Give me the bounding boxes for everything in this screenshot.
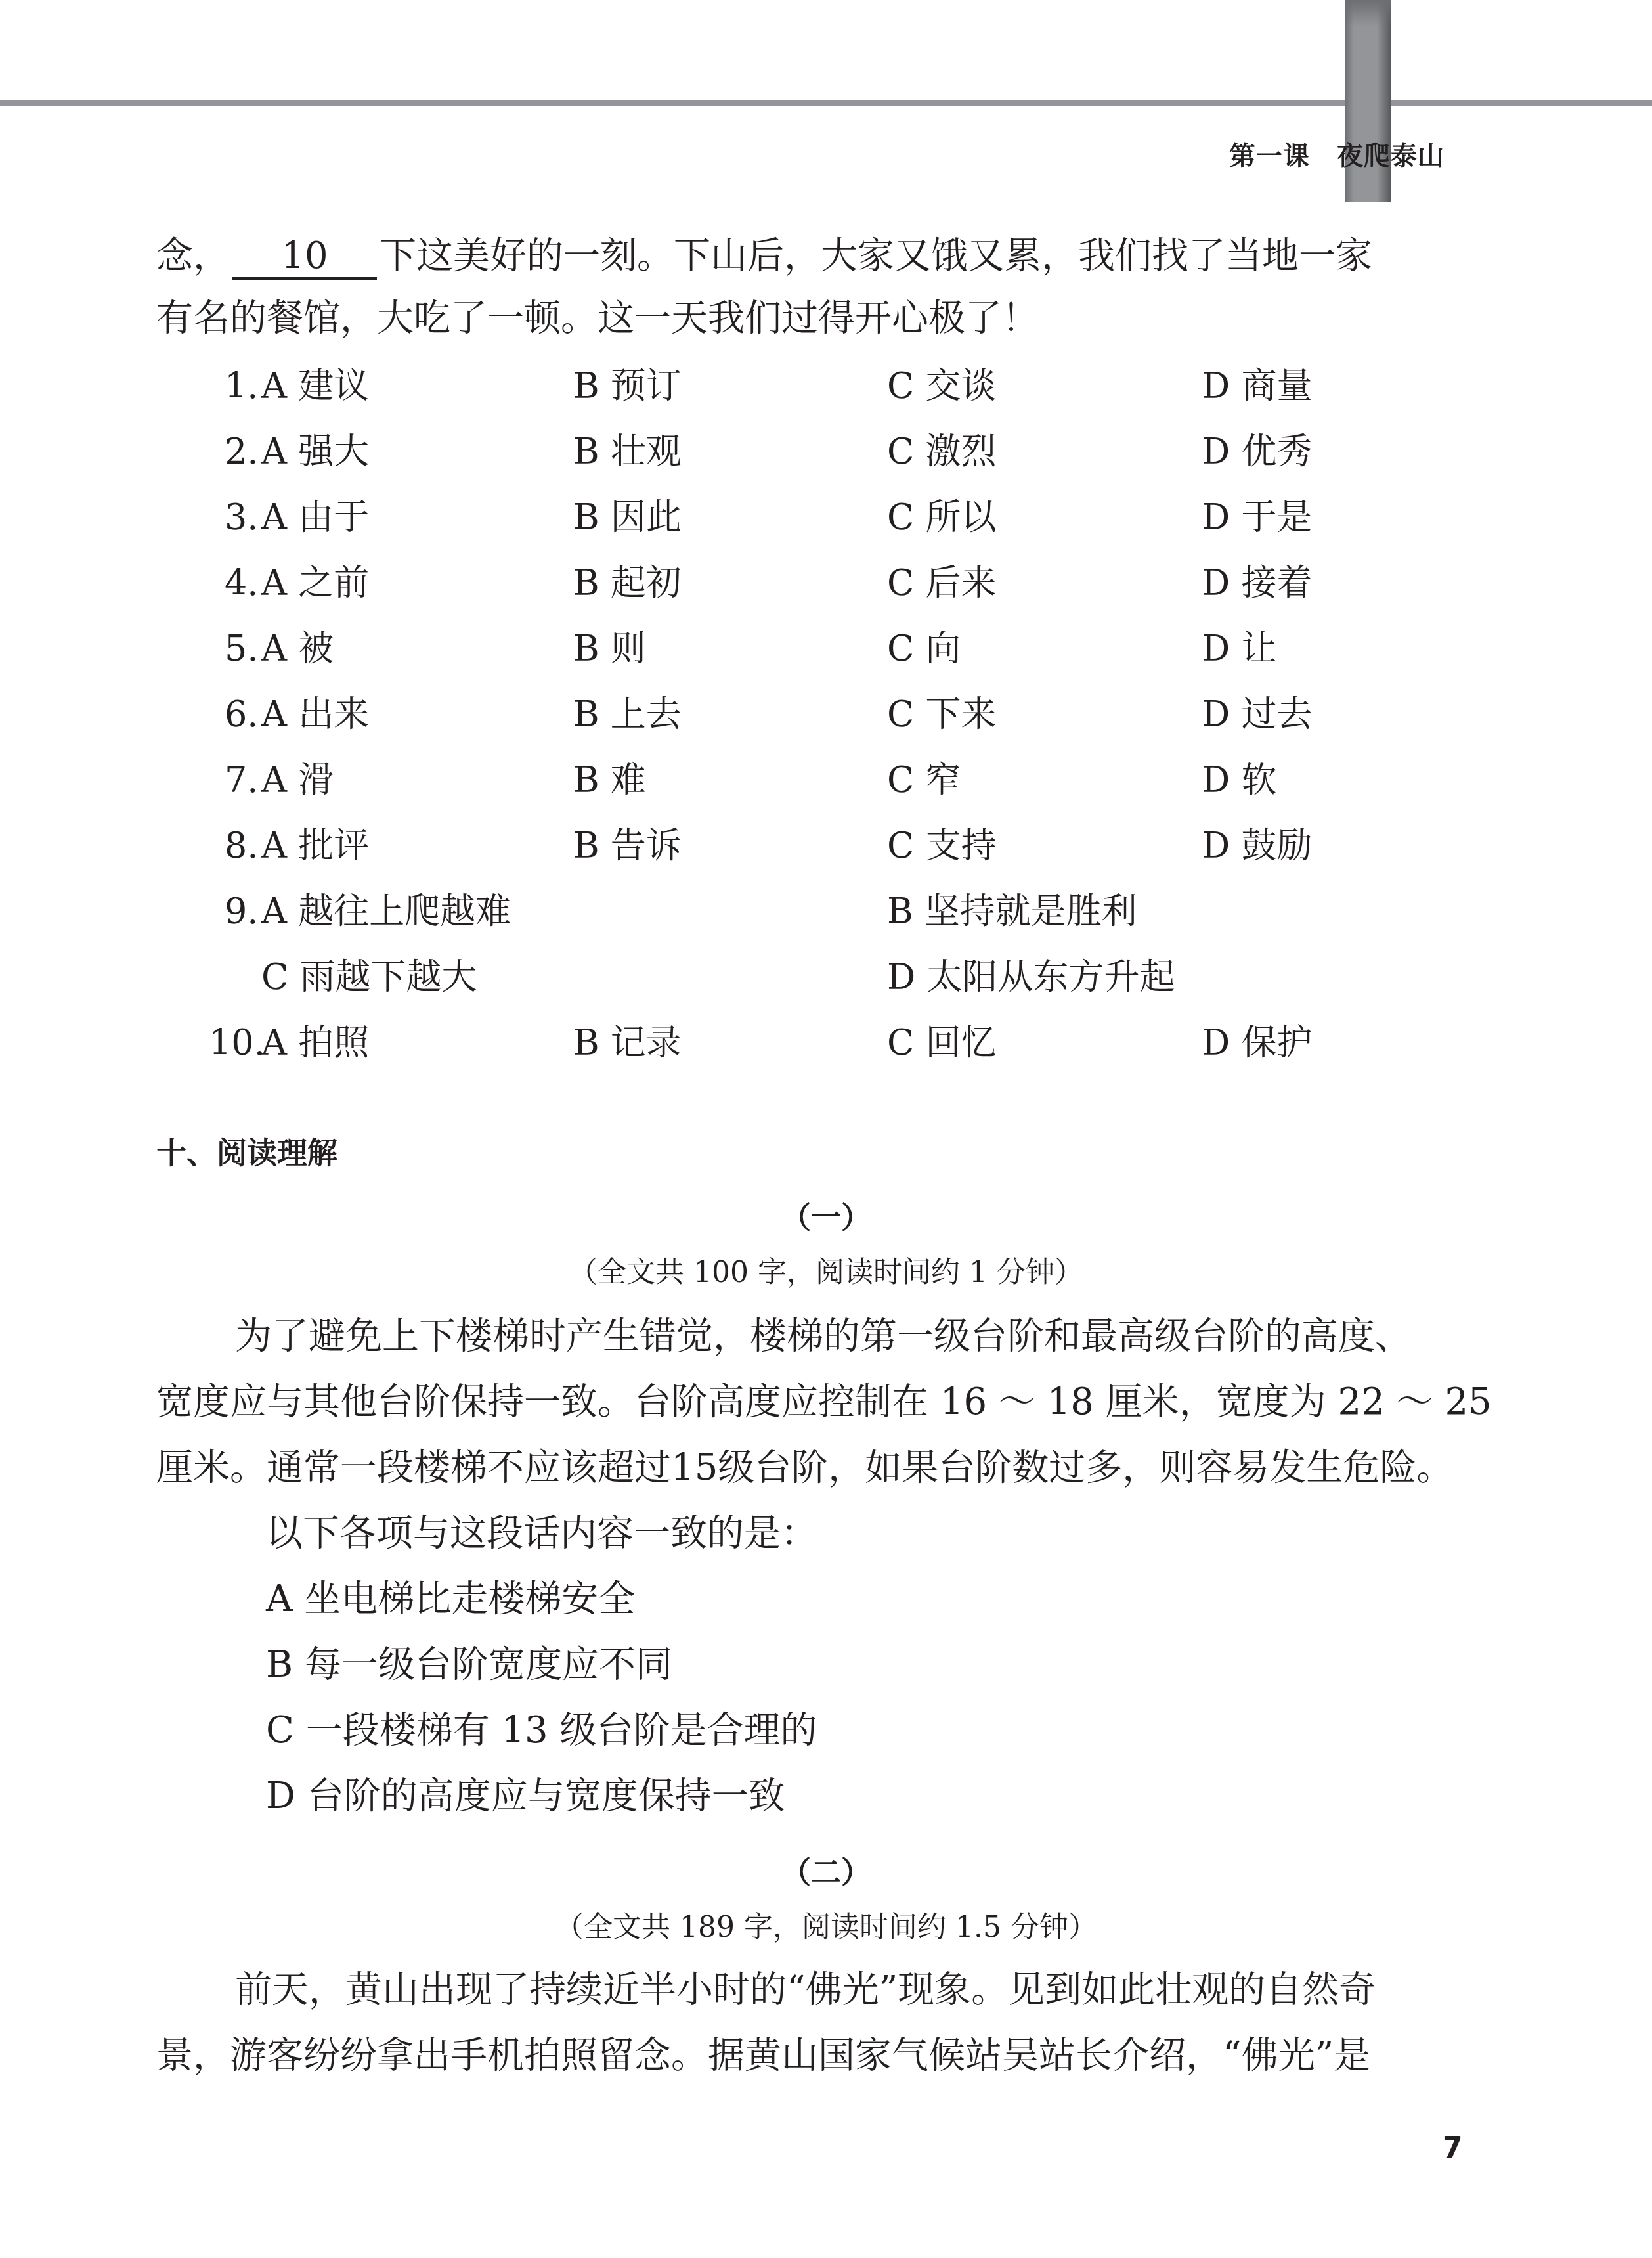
option-d: D 让 — [1202, 626, 1276, 672]
option-d: D 保护 — [1202, 1020, 1312, 1066]
option-c: C 所以 — [887, 495, 996, 541]
option-b: B 上去 — [573, 692, 682, 738]
question-number: 10. — [209, 1020, 265, 1066]
blank-10: 10 — [232, 236, 377, 280]
option-c: C 向 — [887, 626, 961, 672]
passage-text: 下这美好的一刻。下山后，大家又饿又累，我们找了当地一家 — [380, 234, 1372, 277]
option-c: C 雨越下越大 — [261, 954, 477, 1000]
option-d: D 太阳从东方升起 — [887, 954, 1175, 1000]
option-c: C 回忆 — [887, 1020, 996, 1066]
option-d: D 接着 — [1202, 560, 1312, 606]
reading-2-line-2: 景，游客纷纷拿出手机拍照留念。据黄山国家气候站吴站长介绍，“佛光”是 — [156, 2033, 1370, 2079]
option-c: C 支持 — [887, 823, 996, 869]
option-b: B 因此 — [573, 495, 682, 541]
option-a: A 强大 — [261, 429, 369, 475]
reading-1-note: （全文共 100 字，阅读时间约 1 分钟） — [0, 1253, 1652, 1293]
option-d: D 软 — [1202, 757, 1276, 803]
reading-1-option-a: A 坐电梯比走楼梯安全 — [266, 1576, 635, 1622]
option-a: A 被 — [261, 626, 334, 672]
option-d: D 过去 — [1202, 692, 1312, 738]
section-title-reading: 十、阅读理解 — [156, 1130, 337, 1176]
reading-1-option-d: D 台阶的高度应与宽度保持一致 — [266, 1773, 785, 1819]
option-d: D 商量 — [1202, 363, 1312, 409]
option-a: A 拍照 — [261, 1020, 369, 1066]
option-b: B 记录 — [573, 1020, 682, 1066]
reading-1-prompt: 以下各项与这段话内容一致的是： — [266, 1511, 817, 1557]
option-c: C 激烈 — [887, 429, 996, 475]
option-a: A 由于 — [261, 495, 369, 541]
question-number: 6. — [225, 692, 259, 738]
option-a: A 批评 — [261, 823, 369, 869]
passage-text: 念， — [156, 234, 230, 277]
option-d: D 于是 — [1202, 495, 1312, 541]
page-number: 7 — [1443, 2131, 1463, 2165]
option-a: A 出来 — [261, 692, 369, 738]
reading-1-number: （一） — [0, 1194, 1652, 1240]
reading-1-line-3: 厘米。通常一段楼梯不应该超过15级台阶，如果台阶数过多，则容易发生危险。 — [156, 1445, 1453, 1491]
question-number: 7. — [225, 757, 259, 803]
option-c: C 下来 — [887, 692, 996, 738]
option-d: D 优秀 — [1202, 429, 1312, 475]
question-number: 9. — [225, 889, 259, 935]
option-b: B 难 — [573, 757, 646, 803]
option-a: A 滑 — [261, 757, 334, 803]
option-a: A 建议 — [261, 363, 369, 409]
reading-1-option-c: C 一段楼梯有 13 级台阶是合理的 — [266, 1708, 817, 1754]
option-d: D 鼓励 — [1202, 823, 1312, 869]
option-a: A 之前 — [261, 560, 369, 606]
option-c: C 交谈 — [887, 363, 996, 409]
question-number: 1. — [225, 363, 259, 409]
option-c: C 窄 — [887, 757, 961, 803]
question-number: 5. — [225, 626, 259, 672]
option-b: B 坚持就是胜利 — [887, 889, 1137, 935]
question-number: 8. — [225, 823, 259, 869]
option-c: C 后来 — [887, 560, 996, 606]
option-b: B 预订 — [573, 363, 682, 409]
reading-2-number: （二） — [0, 1849, 1652, 1895]
reading-2-line-1: 前天，黄山出现了持续近半小时的“佛光”现象。见到如此壮观的自然奇 — [235, 1967, 1376, 2013]
option-b: B 起初 — [573, 560, 682, 606]
option-b: B 告诉 — [573, 823, 682, 869]
header-rule — [0, 100, 1652, 106]
question-number: 2. — [225, 429, 259, 475]
running-head-lesson-title: 第一课 夜爬泰山 — [1229, 135, 1445, 173]
reading-1-line-2: 宽度应与其他台阶保持一致。台阶高度应控制在 16 ～ 18 厘米，宽度为 22 … — [156, 1379, 1492, 1425]
option-a: A 越往上爬越难 — [261, 889, 511, 935]
reading-2-note: （全文共 189 字，阅读时间约 1.5 分钟） — [0, 1908, 1652, 1947]
option-b: B 则 — [573, 626, 646, 672]
option-b: B 壮观 — [573, 429, 682, 475]
passage-line-2: 有名的餐馆，大吃了一顿。这一天我们过得开心极了！ — [156, 296, 1039, 342]
question-number: 4. — [225, 560, 259, 606]
question-number: 3. — [225, 495, 259, 541]
passage-line-1: 念，10下这美好的一刻。下山后，大家又饿又累，我们找了当地一家 — [156, 233, 1372, 280]
reading-1-line-1: 为了避免上下楼梯时产生错觉，楼梯的第一级台阶和最高级台阶的高度、 — [235, 1314, 1412, 1360]
reading-1-option-b: B 每一级台阶宽度应不同 — [266, 1642, 672, 1688]
